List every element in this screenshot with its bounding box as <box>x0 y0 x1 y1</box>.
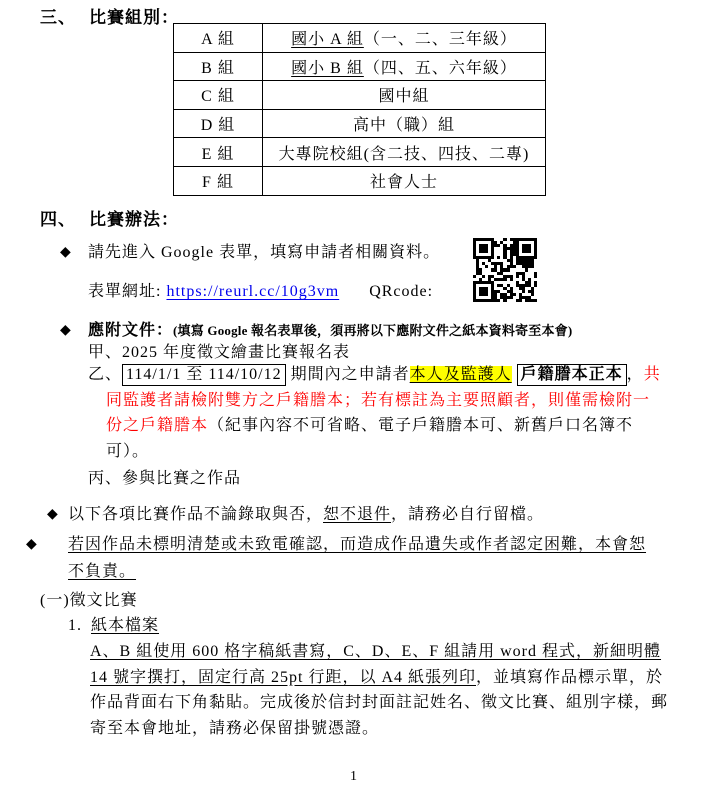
table-row: F 組 社會人士 <box>174 166 546 195</box>
group-name: 國小 B 組（四、五、六年級） <box>263 52 546 81</box>
section3-number: 三、 <box>40 8 76 27</box>
document-page: 三、比賽組別： A 組 國小 A 組（一、二、三年級） B 組 國小 B 組（四… <box>0 0 707 800</box>
list-item-paper-file: 1. 紙本檔案 <box>68 613 159 639</box>
household-registry-box: 戶籍謄本正本 <box>517 364 627 386</box>
group-name: 大專院校組(含二技、四技、二專) <box>263 138 546 167</box>
form-url-line: 表單網址: https://reurl.cc/10g3vmQRcode: <box>88 279 433 305</box>
section3-heading: 三、比賽組別： <box>40 3 179 28</box>
group-code: B 組 <box>174 52 263 81</box>
paper-file-paragraph: A、B 組使用 600 格字稿紙書寫，C、D、E、F 組請用 word 程式，新… <box>90 639 674 742</box>
bullet-required-documents: ◆應附文件：(填寫 Google 報名表單後，須再將以下應附文件之紙本資料寄至本… <box>60 317 572 340</box>
bullet-disclaimer: ◆若因作品未標明清楚或未致電確認，而造成作品遺失或作者認定困難，本會恕不負責。 <box>47 531 658 585</box>
group-code: F 組 <box>174 166 263 195</box>
item-yi: 乙、114/1/1 至 114/10/12 期間內之申請者本人及監護人 戶籍謄本… <box>88 362 666 464</box>
bullet-no-return: ◆以下各項比賽作品不論錄取與否，恕不退件，請務必自行留檔。 <box>47 502 544 528</box>
date-range-box: 114/1/1 至 114/10/12 <box>122 364 286 386</box>
list-item-number: 1. <box>68 617 82 634</box>
highlighted-guardian-text: 本人及監護人 <box>410 366 512 383</box>
section3-title: 比賽組別： <box>89 8 179 27</box>
group-code: A 組 <box>174 24 263 53</box>
table-row: D 組 高中（職）組 <box>174 109 546 138</box>
diamond-bullet-icon: ◆ <box>47 502 68 528</box>
group-name: 高中（職）組 <box>263 109 546 138</box>
item-bing-marker: 丙、 <box>88 470 122 487</box>
list-item-title: 紙本檔案 <box>91 617 159 634</box>
bullet3-pre: 以下各項比賽作品不論錄取與否， <box>68 506 323 523</box>
table-row: B 組 國小 B 組（四、五、六年級） <box>174 52 546 81</box>
subsection-heading: (一)徵文比賽 <box>40 588 138 614</box>
group-code: C 組 <box>174 81 263 110</box>
qrcode-image <box>473 238 537 302</box>
table-row: A 組 國小 A 組（一、二、三年級） <box>174 24 546 53</box>
section4-number: 四、 <box>40 210 76 229</box>
table-row: E 組 大專院校組(含二技、四技、二專) <box>174 138 546 167</box>
item-bing-text: 參與比賽之作品 <box>122 470 241 487</box>
diamond-bullet-icon: ◆ <box>60 322 88 339</box>
diamond-bullet-icon: ◆ <box>60 240 88 266</box>
group-code: E 組 <box>174 138 263 167</box>
bullet4-text: 若因作品未標明清楚或未致電確認，而造成作品遺失或作者認定困難，本會恕不負責。 <box>68 536 646 580</box>
required-docs-title: 應附文件： <box>88 322 173 339</box>
item-jia-text: 2025 年度徵文繪畫比賽報名表 <box>122 344 350 361</box>
table-row: C 組 國中組 <box>174 81 546 110</box>
group-code: D 組 <box>174 109 263 138</box>
item-jia-marker: 甲、 <box>88 344 122 361</box>
form-url-link[interactable]: https://reurl.cc/10g3vm <box>166 283 339 300</box>
item-bing: 丙、參與比賽之作品 <box>88 466 241 492</box>
groups-table: A 組 國小 A 組（一、二、三年級） B 組 國小 B 組（四、五、六年級） … <box>173 23 546 196</box>
group-name: 社會人士 <box>263 166 546 195</box>
item-yi-marker: 乙、 <box>88 366 122 383</box>
item-yi-comma: ， <box>627 366 644 383</box>
bullet3-post: ，請務必自行留檔。 <box>391 506 544 523</box>
bullet1-text: 請先進入 Google 表單，填寫申請者相關資料。 <box>88 244 440 261</box>
group-name: 國中組 <box>263 81 546 110</box>
diamond-bullet-icon: ◆ <box>47 531 68 558</box>
bullet3-underlined: 恕不退件 <box>323 506 391 523</box>
item-yi-mid: 期間內之申請者 <box>286 366 410 383</box>
section4-title: 比賽辦法： <box>89 210 179 229</box>
form-url-label: 表單網址: <box>88 283 166 300</box>
group-name: 國小 A 組（一、二、三年級） <box>263 24 546 53</box>
page-number: 1 <box>0 769 707 785</box>
required-docs-note: (填寫 Google 報名表單後，須再將以下應附文件之紙本資料寄至本會) <box>173 323 572 338</box>
bullet-google-form: ◆請先進入 Google 表單，填寫申請者相關資料。 <box>60 240 440 266</box>
qrcode-label: QRcode: <box>369 283 433 300</box>
section4-heading: 四、比賽辦法： <box>40 205 179 230</box>
